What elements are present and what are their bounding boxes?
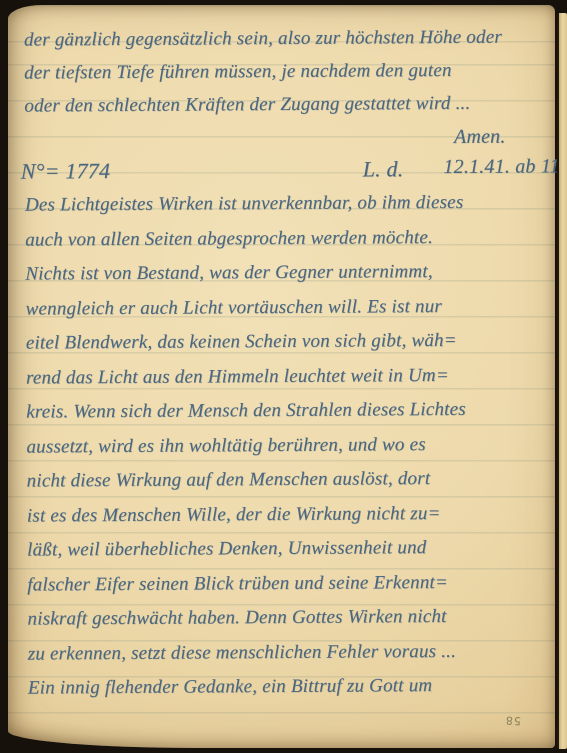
manuscript-line: eitel Blendwerk, das keinen Schein von s…	[26, 329, 553, 367]
scribe-initials: L. d.	[363, 156, 404, 182]
manuscript-line: wenngleich er auch Licht vortäuschen wil…	[26, 295, 553, 333]
next-page-edge	[557, 13, 567, 749]
manuscript-line: der tiefsten Tiefe führen müssen, je nac…	[24, 59, 551, 95]
manuscript-line: auch von allen Seiten abgesprochen werde…	[25, 226, 552, 264]
entry-number: N°= 1774	[21, 158, 111, 185]
manuscript-line: niskraft geschwächt haben. Denn Gottes W…	[27, 605, 554, 643]
scanned-notebook-page: der gänzlich gegensätzlich sein, also zu…	[0, 0, 567, 753]
closing-amen: Amen.	[24, 125, 551, 158]
pencil-page-number: 58	[505, 714, 522, 728]
manuscript-line: läßt, weil überhebliches Denken, Unwisse…	[27, 536, 554, 574]
manuscript-line: Ein innig flehender Gedanke, ein Bittruf…	[28, 674, 555, 712]
manuscript-line: rend das Licht aus den Himmeln leuchtet …	[26, 364, 553, 402]
manuscript-line: Nichts ist von Bestand, was der Gegner u…	[25, 260, 552, 298]
manuscript-line: aussetzt, wird es ihn wohltätig berühren…	[26, 433, 553, 471]
manuscript-line: ist es des Menschen Wille, der die Wirku…	[27, 502, 554, 540]
manuscript-line: falscher Eifer seinen Blick trüben und s…	[27, 571, 554, 609]
manuscript-line: kreis. Wenn sich der Mensch den Strahlen…	[26, 398, 553, 436]
manuscript-line: oder den schlechten Kräften der Zugang g…	[24, 92, 551, 128]
manuscript-line: der gänzlich gegensätzlich sein, also zu…	[24, 26, 551, 62]
manuscript-line: Des Lichtgeistes Wirken ist unverkennbar…	[25, 191, 552, 229]
handwriting-layer: der gänzlich gegensätzlich sein, also zu…	[0, 0, 567, 753]
manuscript-line: zu erkennen, setzt diese menschlichen Fe…	[28, 640, 555, 678]
entry-date: 12.1.41. ab 11	[443, 155, 559, 179]
entry-header: N°= 1774 L. d. 12.1.41. ab 11	[25, 155, 552, 194]
manuscript-line: nicht diese Wirkung auf den Menschen aus…	[27, 467, 554, 505]
